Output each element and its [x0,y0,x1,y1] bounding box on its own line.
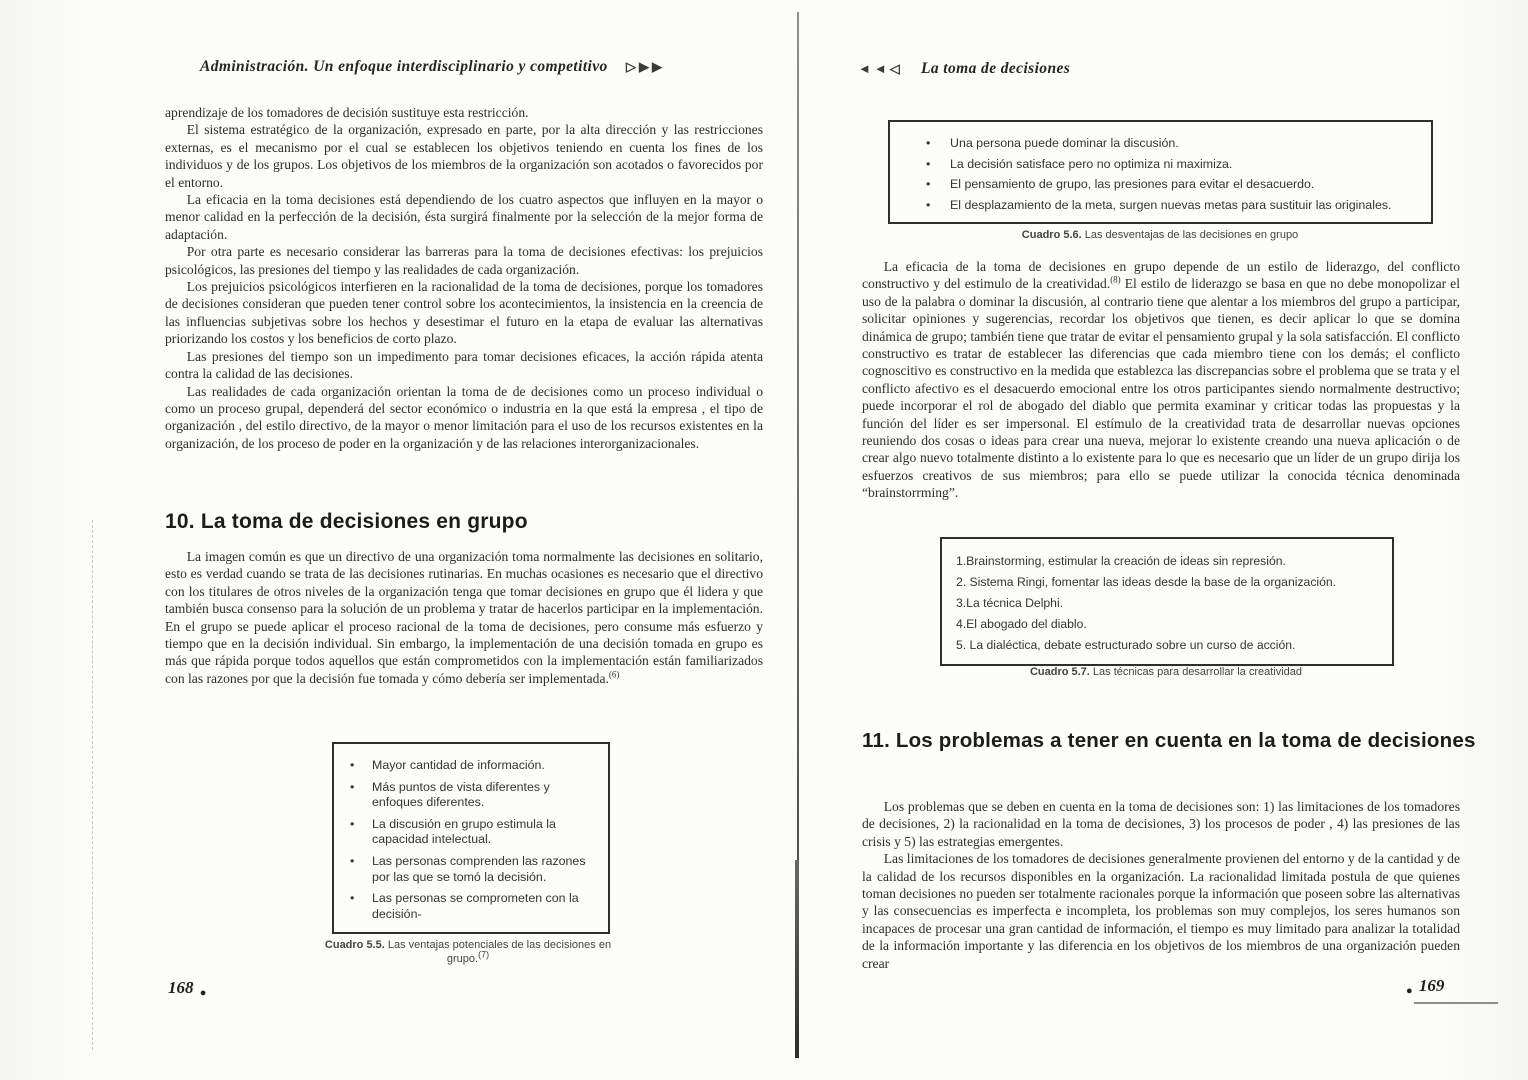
list-item: •Las personas se comprometen con la deci… [350,891,596,922]
caption-text: Las ventajas potenciales de las decision… [385,939,611,965]
caption-label: Cuadro 5.6. [1022,229,1082,241]
section-10-heading: 10. La toma de decisiones en grupo [165,510,528,534]
list-item: 2. Sistema Ringi, fomentar las ideas des… [956,572,1384,593]
list-item: 1.Brainstorming, estimular la creación d… [956,551,1384,572]
page-marker-icon: ● [1406,985,1413,997]
cuadro-5-6-caption: Cuadro 5.6. Las desventajas de las decis… [955,228,1365,242]
list-item: 3.La técnica Delphi. [956,593,1384,614]
list-item: •La discusión en grupo estimula la capac… [350,817,596,848]
caption-text: Las técnicas para desarrollar la creativ… [1090,666,1302,678]
paragraph: El sistema estratégico de la organizació… [165,121,763,191]
page-marker-icon: ● [200,987,207,999]
paragraph: aprendizaje de los tomadores de decisión… [165,104,763,121]
left-page-number: 168 ● [168,978,204,998]
list-item: 5. La dialéctica, debate estructurado so… [956,635,1384,656]
right-triangles-icon: ▷▶▶ [626,59,665,74]
list-item-text: El desplazamiento de la meta, surgen nue… [950,195,1391,216]
footnote-ref: (6) [609,669,620,679]
list-item-text: El pensamiento de grupo, las presiones p… [950,174,1314,195]
bullet-icon: • [350,780,372,811]
bullet-icon: • [350,817,372,848]
bullet-icon: • [926,195,950,216]
caption-label: Cuadro 5.7. [1030,666,1090,678]
bullet-icon: • [350,891,372,922]
paragraph: La imagen común es que un directivo de u… [165,548,763,687]
list-item: •El pensamiento de grupo, las presiones … [926,174,1421,195]
list-item: 4.El abogado del diablo. [956,614,1384,635]
cuadro-5-7-caption: Cuadro 5.7. Las técnicas para desarrolla… [966,665,1366,679]
paragraph: Los prejuicios psicológicos interfieren … [165,278,763,348]
caption-label: Cuadro 5.5. [325,939,385,951]
bullet-icon: • [350,854,372,885]
footnote-ref: (8) [1110,275,1121,285]
page-number-underline [1414,1002,1498,1004]
list-item: •La decisión satisface pero no optimiza … [926,154,1421,175]
list-item-text: Las personas se comprometen con la decis… [372,891,596,922]
paragraph-text: La imagen común es que un directivo de u… [165,549,763,686]
list-item-text: La decisión satisface pero no optimiza n… [950,154,1232,175]
left-header-title: Administración. Un enfoque interdiscipli… [200,58,608,75]
list-item: •Mayor cantidad de información. [350,758,596,774]
cuadro-5-5-box: •Mayor cantidad de información. •Más pun… [332,742,610,934]
right-body-text: La eficacia de la toma de decisiones en … [862,258,1460,502]
caption-text: Las desventajas de las decisiones en gru… [1082,229,1298,241]
paragraph-text: El estilo de liderazgo se basa en que no… [862,276,1460,500]
page-number-text: 168 [168,978,194,997]
bullet-icon: • [350,758,372,774]
right-running-header: ◄◄◁ La toma de decisiones [858,60,1070,78]
left-triangles-icon: ◄◄◁ [858,61,903,76]
bullet-icon: • [926,154,950,175]
page-number-text: 169 [1419,976,1445,995]
paragraph: La eficacia de la toma de decisiones en … [862,258,1460,502]
list-item-text: Mayor cantidad de información. [372,758,545,774]
list-item: •Una persona puede dominar la discusión. [926,133,1421,154]
section-11-body: Los problemas que se deben en cuenta en … [862,798,1460,972]
right-header-title: La toma de decisiones [921,60,1070,77]
cuadro-5-5-caption: Cuadro 5.5. Las ventajas potenciales de … [318,938,618,966]
list-item-text: La discusión en grupo estimula la capaci… [372,817,596,848]
paragraph: Por otra parte es necesario considerar l… [165,243,763,278]
book-gutter-shadow [795,860,799,1058]
bullet-icon: • [926,133,950,154]
paragraph: La eficacia en la toma decisiones está d… [165,191,763,243]
list-item: •Más puntos de vista diferentes y enfoqu… [350,780,596,811]
section-11-heading: 11. Los problemas a tener en cuenta en l… [862,728,1482,754]
paragraph: Las limitaciones de los tomadores de dec… [862,850,1460,972]
left-body-text: aprendizaje de los tomadores de decisión… [165,104,763,452]
list-item-text: Una persona puede dominar la discusión. [950,133,1179,154]
paragraph: Los problemas que se deben en cuenta en … [862,798,1460,850]
list-item-text: Las personas comprenden las razones por … [372,854,596,885]
cuadro-5-6-box: •Una persona puede dominar la discusión.… [888,120,1433,224]
scan-edge-artifact [92,520,93,1050]
paragraph: Las presiones del tiempo son un impedime… [165,348,763,383]
list-item: •El desplazamiento de la meta, surgen nu… [926,195,1421,216]
cuadro-5-7-box: 1.Brainstorming, estimular la creación d… [940,537,1394,666]
list-item: •Las personas comprenden las razones por… [350,854,596,885]
list-item-text: Más puntos de vista diferentes y enfoque… [372,780,596,811]
scanned-book-spread: Administración. Un enfoque interdiscipli… [0,0,1528,1080]
section-10-body: La imagen común es que un directivo de u… [165,548,763,687]
left-running-header: Administración. Un enfoque interdiscipli… [200,58,665,76]
right-page-number: ● 169 [1408,976,1444,996]
footnote-ref: (7) [478,949,489,959]
paragraph: Las realidades de cada organización orie… [165,383,763,453]
bullet-icon: • [926,174,950,195]
